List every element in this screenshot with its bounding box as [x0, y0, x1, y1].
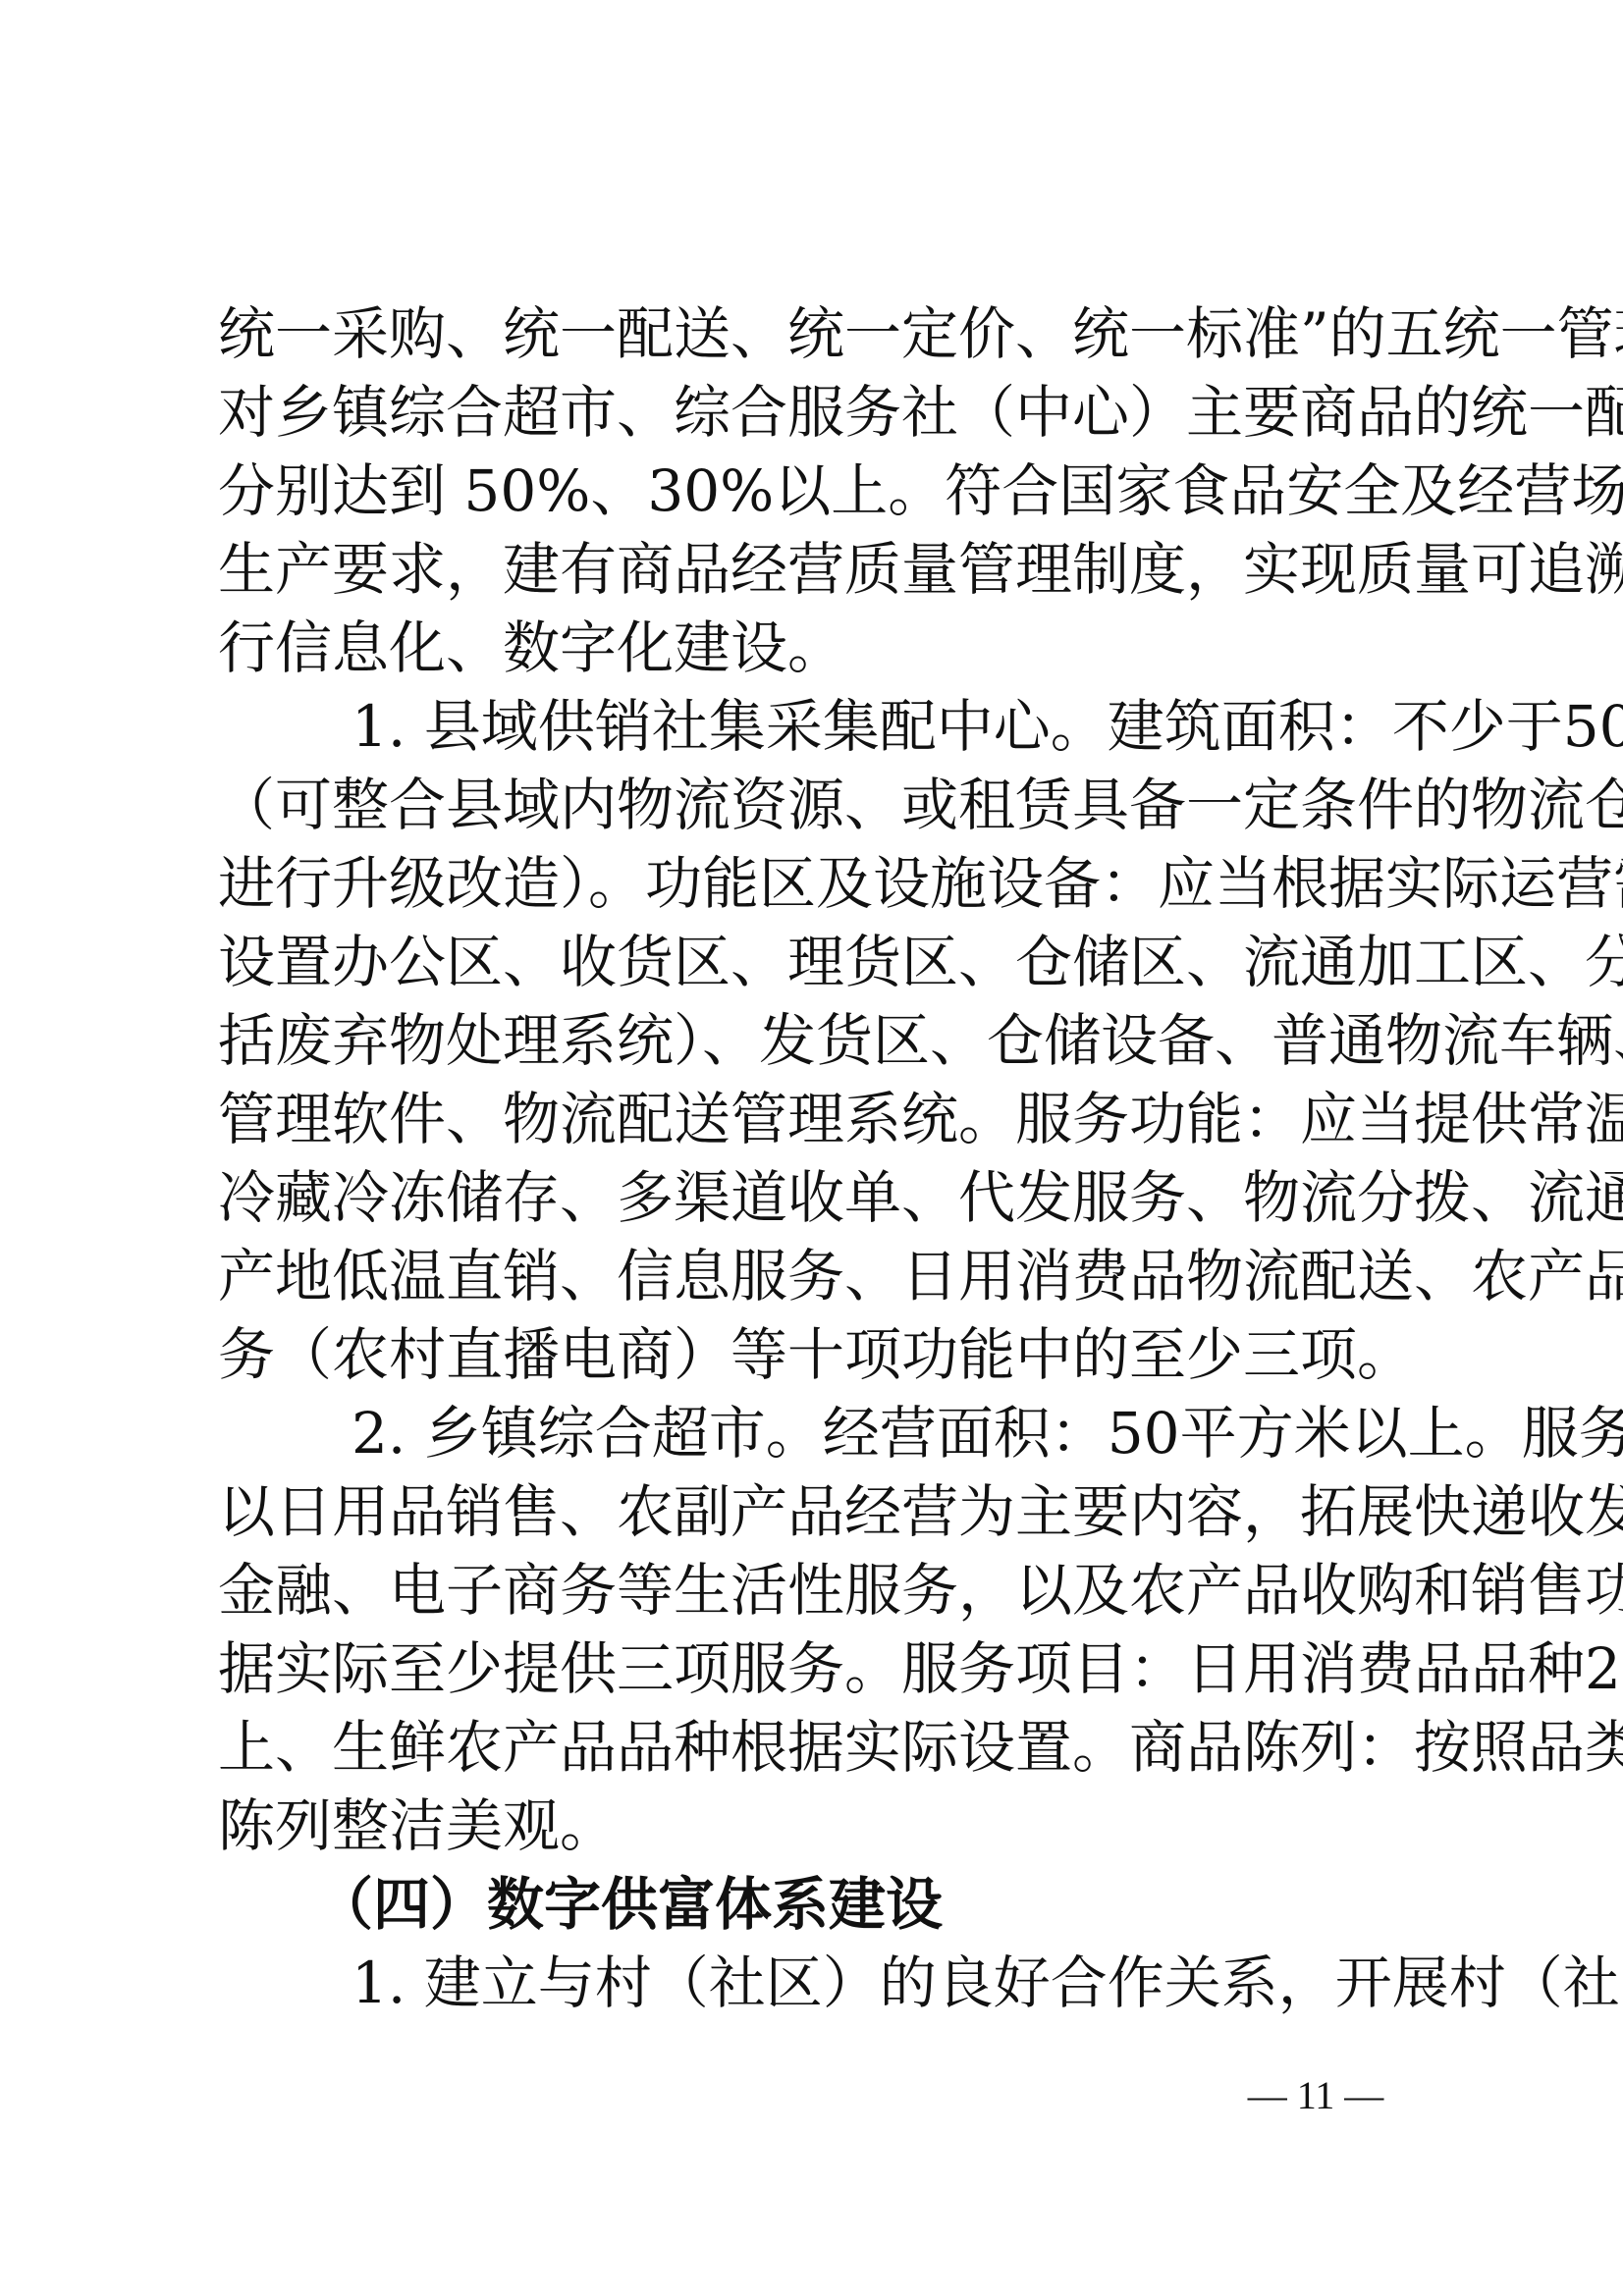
- document-page: 统一采购、统一配送、统一定价、统一标准”的五统一管理体系； 对乡镇综合超市、综合…: [0, 0, 1623, 2296]
- paragraph-line: 据实际至少提供三项服务。服务项目：日用消费品品种200个以: [218, 1629, 1426, 1708]
- body-text: 统一采购、统一配送、统一定价、统一标准”的五统一管理体系； 对乡镇综合超市、综合…: [218, 294, 1426, 2022]
- item-1-heading-line: 1. 县域供销社集采集配中心。建筑面积：不少于500平方米: [218, 687, 1426, 766]
- paragraph-line: 括废弃物处理系统）、发货区、仓储设备、普通物流车辆、仓储: [218, 1001, 1426, 1080]
- paragraph-line: 以日用品销售、农副产品经营为主要内容，拓展快递收发、普惠: [218, 1472, 1426, 1551]
- paragraph-line: 行信息化、数字化建设。: [218, 609, 1426, 687]
- paragraph-line: 分别达到 50%、30%以上。符合国家食品安全及经营场所安全: [218, 452, 1426, 530]
- paragraph-line: 金融、电子商务等生活性服务，以及农产品收购和销售功能，根: [218, 1551, 1426, 1629]
- item-2-heading-line: 2. 乡镇综合超市。经营面积：50平方米以上。服务功能：: [218, 1394, 1426, 1472]
- paragraph-line: （可整合县域内物流资源、或租赁具备一定条件的物流仓储基地: [218, 766, 1426, 844]
- paragraph-line: 上、生鲜农产品品种根据实际设置。商品陈列：按照品类摆放、: [218, 1708, 1426, 1787]
- paragraph-line: 管理软件、物流配送管理系统。服务功能：应当提供常温储存、: [218, 1080, 1426, 1158]
- section-heading: （四）数字供富体系建设: [218, 1865, 1426, 1944]
- paragraph-line: 进行升级改造）。功能区及设施设备：应当根据实际运营需要，: [218, 844, 1426, 923]
- paragraph-line: 务（农村直播电商）等十项功能中的至少三项。: [218, 1315, 1426, 1394]
- paragraph-line: 冷藏冷冻储存、多渠道收单、代发服务、物流分拨、流通加工、: [218, 1158, 1426, 1237]
- item-1-heading-line: 1. 建立与村（社区）的良好合作关系，开展村（社区）治: [218, 1944, 1426, 2022]
- page-number: — 11 —: [1232, 2066, 1399, 2125]
- paragraph-line: 陈列整洁美观。: [218, 1787, 1426, 1865]
- paragraph-line: 对乡镇综合超市、综合服务社（中心）主要商品的统一配送率须: [218, 373, 1426, 452]
- paragraph-line: 产地低温直销、信息服务、日用消费品物流配送、农产品电子商: [218, 1237, 1426, 1315]
- paragraph-line: 设置办公区、收货区、理货区、仓储区、流通加工区、分选区（包: [218, 923, 1426, 1001]
- paragraph-line: 生产要求，建有商品经营质量管理制度，实现质量可追溯。须进: [218, 530, 1426, 609]
- paragraph-line: 统一采购、统一配送、统一定价、统一标准”的五统一管理体系；: [218, 294, 1426, 373]
